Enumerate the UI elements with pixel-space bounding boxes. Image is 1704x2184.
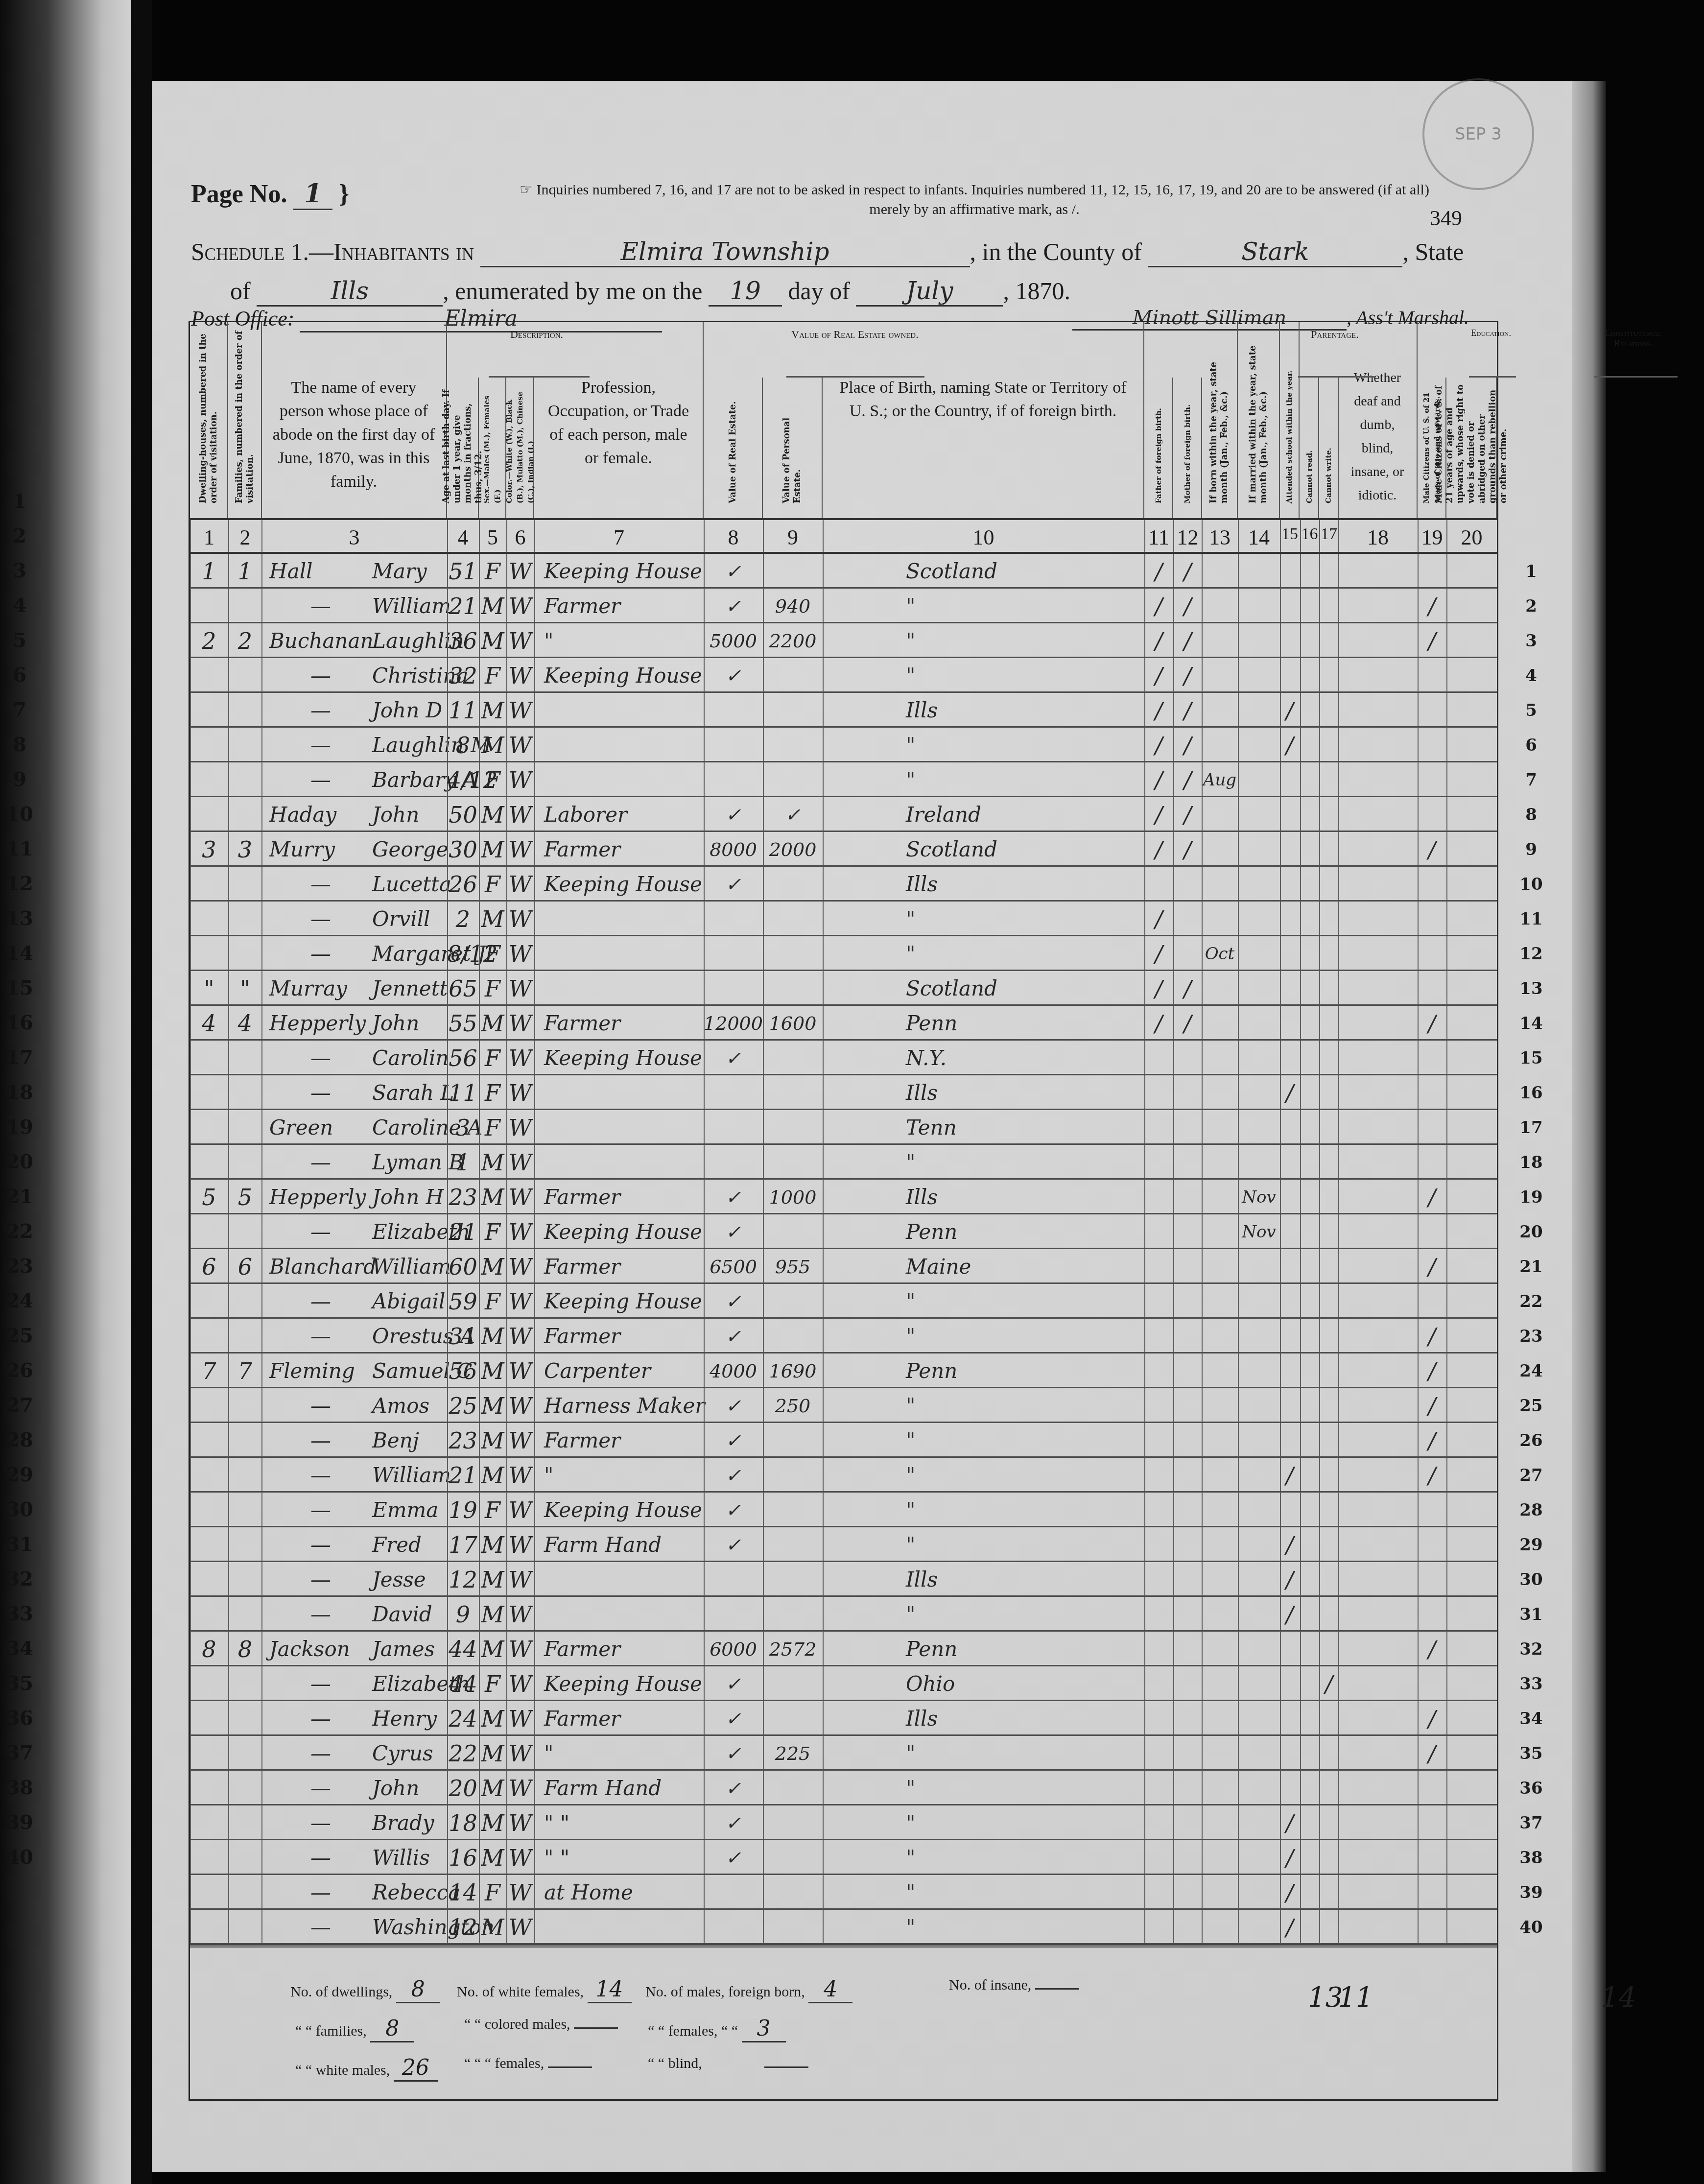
cell-mother-foreign bbox=[1173, 1493, 1202, 1526]
cell-sex: M bbox=[479, 1527, 506, 1561]
column-header-label: Families, numbered in the order of visit… bbox=[234, 327, 256, 503]
cell-color: W bbox=[506, 1771, 534, 1804]
cell-cannot-write bbox=[1319, 902, 1339, 935]
cell-mother-foreign: / bbox=[1173, 693, 1202, 726]
cell-sex: M bbox=[479, 1840, 506, 1874]
cell-born-month bbox=[1202, 1075, 1238, 1109]
cell-real-estate: ✓ bbox=[704, 1319, 763, 1352]
cell-color: W bbox=[506, 1701, 534, 1734]
cell-cannot-write bbox=[1319, 554, 1339, 587]
table-row: —Lyman B1MW"18 bbox=[190, 1145, 1497, 1180]
column-header-label: Value of Personal Estate. bbox=[781, 382, 803, 503]
table-row: —Sarah L11FWIlls/16 bbox=[190, 1075, 1497, 1110]
cell-birthplace: Penn bbox=[823, 1214, 1144, 1248]
cell-sex: F bbox=[479, 1666, 506, 1700]
cell-occupation bbox=[534, 728, 704, 761]
cell-birthplace: " bbox=[823, 1388, 1144, 1422]
page-number: Page No. 1 } bbox=[191, 179, 349, 210]
previous-page-line-number: 3 bbox=[5, 559, 34, 594]
cell-personal-estate bbox=[763, 728, 823, 761]
surname: — bbox=[261, 1145, 372, 1180]
given-name: Sarah L bbox=[372, 1081, 454, 1105]
person-name: —John bbox=[261, 1771, 447, 1804]
cell-married-month bbox=[1238, 832, 1280, 865]
cell-age: 21 bbox=[447, 1214, 479, 1248]
cell-personal-estate: 2200 bbox=[763, 623, 823, 657]
column-number-row: 1234567891011121314151617181920 bbox=[190, 518, 1497, 554]
cell-mother-foreign bbox=[1173, 1145, 1202, 1178]
line-number: 17 bbox=[1512, 1110, 1551, 1145]
cell-occupation bbox=[534, 1562, 704, 1595]
cell-born-month bbox=[1202, 1527, 1238, 1561]
previous-page-line-number: 23 bbox=[5, 1255, 34, 1289]
cell-dwelling: 5 bbox=[190, 1180, 228, 1213]
cell-denied bbox=[1446, 1041, 1497, 1074]
column-header-1: Dwelling-houses, numbered in the order o… bbox=[190, 322, 228, 518]
cell-father-foreign bbox=[1144, 1180, 1173, 1213]
cell-real-estate: ✓ bbox=[704, 658, 763, 691]
cell-mother-foreign: / bbox=[1173, 623, 1202, 657]
cell-deaf bbox=[1338, 1006, 1418, 1039]
cell-married-month bbox=[1238, 1458, 1280, 1491]
person-name: —William bbox=[261, 1458, 447, 1491]
cell-dwelling bbox=[190, 1041, 228, 1074]
cell-deaf bbox=[1338, 1180, 1418, 1213]
cell-married-month: Nov bbox=[1238, 1214, 1280, 1248]
cell-cannot-read bbox=[1300, 1701, 1319, 1734]
cell-cannot-read bbox=[1300, 762, 1319, 796]
cell-born-month bbox=[1202, 1145, 1238, 1178]
cell-sex: M bbox=[479, 832, 506, 865]
person-name: —Orvill bbox=[261, 902, 447, 935]
cell-dwelling bbox=[190, 1075, 228, 1109]
surname: — bbox=[261, 1562, 372, 1597]
cell-cannot-read bbox=[1300, 1632, 1319, 1665]
cell-family bbox=[228, 693, 262, 726]
cell-cannot-write bbox=[1319, 832, 1339, 865]
cell-father-foreign: / bbox=[1144, 902, 1173, 935]
cell-mother-foreign bbox=[1173, 936, 1202, 970]
surname: — bbox=[261, 1701, 372, 1736]
surname: — bbox=[261, 867, 372, 902]
cell-mother-foreign bbox=[1173, 1562, 1202, 1595]
cell-cannot-read bbox=[1300, 1527, 1319, 1561]
cell-citizen: / bbox=[1418, 623, 1446, 657]
previous-page-line-number: 33 bbox=[5, 1602, 34, 1637]
cell-born-month: Aug bbox=[1202, 762, 1238, 796]
cell-born-month bbox=[1202, 1736, 1238, 1769]
cell-school bbox=[1280, 1632, 1300, 1665]
cell-cannot-read bbox=[1300, 832, 1319, 865]
cell-real-estate: ✓ bbox=[704, 1458, 763, 1491]
cell-occupation: Farmer bbox=[534, 589, 704, 622]
given-name: Amos bbox=[372, 1394, 429, 1418]
cell-deaf bbox=[1338, 728, 1418, 761]
table-row: 66BlanchardWilliam60MWFarmer6500955Maine… bbox=[190, 1249, 1497, 1284]
cell-personal-estate bbox=[763, 1875, 823, 1908]
cell-birthplace: Ireland bbox=[823, 797, 1144, 831]
given-name: David bbox=[372, 1602, 432, 1626]
person-name: FlemingSamuel C bbox=[261, 1353, 447, 1387]
cell-birthplace: " bbox=[823, 1805, 1144, 1839]
column-header-16: Cannot read. bbox=[1300, 378, 1319, 518]
cell-real-estate: ✓ bbox=[704, 1180, 763, 1213]
cell-dwelling bbox=[190, 1771, 228, 1804]
cell-denied bbox=[1446, 1527, 1497, 1561]
cell-family: 7 bbox=[228, 1353, 262, 1387]
cell-born-month bbox=[1202, 1493, 1238, 1526]
cell-occupation: " bbox=[534, 623, 704, 657]
previous-page-line-number: 19 bbox=[5, 1116, 34, 1150]
cell-color: W bbox=[506, 1423, 534, 1456]
cell-married-month: Nov bbox=[1238, 1180, 1280, 1213]
column-number: 19 bbox=[1418, 525, 1446, 550]
column-number: 5 bbox=[479, 525, 506, 550]
cell-age: 21 bbox=[447, 1458, 479, 1491]
cell-occupation bbox=[534, 902, 704, 935]
previous-page-line-numbers: 1234567891011121314151617181920212223242… bbox=[5, 490, 34, 1880]
previous-page-line-number: 32 bbox=[5, 1567, 34, 1602]
line-number: 30 bbox=[1512, 1562, 1551, 1597]
cell-citizen: / bbox=[1418, 1736, 1446, 1769]
cell-age: 18 bbox=[447, 1805, 479, 1839]
cell-mother-foreign: / bbox=[1173, 589, 1202, 622]
person-name: GreenCaroline A bbox=[261, 1110, 447, 1143]
column-header-17: Cannot write. bbox=[1319, 378, 1339, 518]
line-number: 14 bbox=[1512, 1006, 1551, 1041]
cell-birthplace: Scotland bbox=[823, 832, 1144, 865]
table-row: —Cyrus22MW"✓225"/35 bbox=[190, 1736, 1497, 1771]
cell-denied bbox=[1446, 1214, 1497, 1248]
line-number: 31 bbox=[1512, 1597, 1551, 1632]
cell-mother-foreign bbox=[1173, 1353, 1202, 1387]
cell-born-month bbox=[1202, 1180, 1238, 1213]
cell-school bbox=[1280, 902, 1300, 935]
cell-dwelling bbox=[190, 1423, 228, 1456]
cell-married-month bbox=[1238, 1910, 1280, 1943]
column-header-label: Male Citizens of U. S. of 21 years of ag… bbox=[1434, 382, 1509, 503]
cell-real-estate: ✓ bbox=[704, 1284, 763, 1317]
previous-page-strip: 1234567891011121314151617181920212223242… bbox=[0, 0, 137, 2184]
cell-color: W bbox=[506, 1562, 534, 1595]
cell-sex: M bbox=[479, 1353, 506, 1387]
cell-mother-foreign bbox=[1173, 1249, 1202, 1282]
cell-deaf bbox=[1338, 1771, 1418, 1804]
column-header-2: Families, numbered in the order of visit… bbox=[228, 322, 262, 518]
cell-married-month bbox=[1238, 1875, 1280, 1908]
cell-occupation bbox=[534, 693, 704, 726]
surname: — bbox=[261, 1805, 372, 1841]
cell-denied bbox=[1446, 971, 1497, 1004]
cell-denied bbox=[1446, 1110, 1497, 1143]
line-number: 2 bbox=[1512, 589, 1551, 624]
person-name: —Christina bbox=[261, 658, 447, 691]
cell-dwelling bbox=[190, 1284, 228, 1317]
table-row: 77FlemingSamuel C56MWCarpenter40001690Pe… bbox=[190, 1353, 1497, 1388]
cell-deaf bbox=[1338, 1110, 1418, 1143]
cell-dwelling bbox=[190, 1562, 228, 1595]
given-name: Orvill bbox=[372, 907, 430, 931]
cell-occupation bbox=[534, 1145, 704, 1178]
cell-sex: M bbox=[479, 1458, 506, 1491]
person-name: JacksonJames bbox=[261, 1632, 447, 1665]
cell-family bbox=[228, 1910, 262, 1943]
cell-cannot-write bbox=[1319, 1771, 1339, 1804]
cell-personal-estate bbox=[763, 693, 823, 726]
cell-real-estate: 4000 bbox=[704, 1353, 763, 1387]
cell-father-foreign: / bbox=[1144, 728, 1173, 761]
cell-married-month bbox=[1238, 1423, 1280, 1456]
summary-families-value: 8 bbox=[370, 2016, 414, 2042]
cell-color: W bbox=[506, 1075, 534, 1109]
cell-school bbox=[1280, 867, 1300, 900]
cell-cannot-read bbox=[1300, 1910, 1319, 1943]
cell-married-month bbox=[1238, 1562, 1280, 1595]
cell-sex: F bbox=[479, 1284, 506, 1317]
previous-page-line-number: 12 bbox=[5, 872, 34, 907]
cell-personal-estate bbox=[763, 1423, 823, 1456]
cell-cannot-read bbox=[1300, 902, 1319, 935]
table-row: —Elizabeth21FWKeeping House✓PennNov20 bbox=[190, 1214, 1497, 1249]
enumeration-line: of Ills, enumerated by me on the 19 day … bbox=[230, 277, 1070, 307]
cell-real-estate bbox=[704, 1910, 763, 1943]
cell-cannot-write bbox=[1319, 1597, 1339, 1630]
cell-citizen bbox=[1418, 797, 1446, 831]
cell-sex: M bbox=[479, 1388, 506, 1422]
person-name: —Laughlin M bbox=[261, 728, 447, 761]
surname: Hepperly bbox=[261, 1180, 372, 1215]
person-name: —Lyman B bbox=[261, 1145, 447, 1178]
line-number: 4 bbox=[1512, 658, 1551, 693]
tally-mother-foreign: 11 bbox=[1338, 1982, 1373, 2014]
cell-age: 9 bbox=[447, 1597, 479, 1630]
cell-birthplace: Ills bbox=[823, 1701, 1144, 1734]
cell-school: / bbox=[1280, 728, 1300, 761]
cell-sex: F bbox=[479, 1875, 506, 1908]
table-row: —Amos25MWHarness Maker✓250"/25 bbox=[190, 1388, 1497, 1423]
cell-born-month bbox=[1202, 1632, 1238, 1665]
previous-page-line-number: 8 bbox=[5, 733, 34, 768]
cell-family bbox=[228, 936, 262, 970]
cell-school: / bbox=[1280, 1527, 1300, 1561]
cell-birthplace: " bbox=[823, 1771, 1144, 1804]
census-table: Dwelling-houses, numbered in the order o… bbox=[189, 321, 1498, 2101]
cell-age: 65 bbox=[447, 971, 479, 1004]
cell-real-estate: 5000 bbox=[704, 623, 763, 657]
column-header-label: Place of Birth, naming State or Territor… bbox=[823, 376, 1143, 423]
cell-citizen: / bbox=[1418, 1388, 1446, 1422]
cell-sex: M bbox=[479, 1632, 506, 1665]
cell-cannot-write bbox=[1319, 867, 1339, 900]
table-row: —Abigail59FWKeeping House✓"22 bbox=[190, 1284, 1497, 1319]
cell-deaf bbox=[1338, 1562, 1418, 1595]
cell-deaf bbox=[1338, 623, 1418, 657]
column-header-6: Color.—White (W.), Black (B.), Mulatto (… bbox=[506, 378, 534, 518]
cell-school bbox=[1280, 1388, 1300, 1422]
table-row: 44HepperlyJohn55MWFarmer120001600Penn///… bbox=[190, 1006, 1497, 1041]
cell-cannot-write bbox=[1319, 693, 1339, 726]
cell-dwelling bbox=[190, 1145, 228, 1178]
cell-family: 5 bbox=[228, 1180, 262, 1213]
cell-dwelling bbox=[190, 1597, 228, 1630]
cell-mother-foreign: / bbox=[1173, 658, 1202, 691]
column-number: 11 bbox=[1144, 525, 1173, 550]
cell-school bbox=[1280, 797, 1300, 831]
cell-sex: M bbox=[479, 1180, 506, 1213]
cell-age: 19 bbox=[447, 1493, 479, 1526]
cell-sex: F bbox=[479, 971, 506, 1004]
cell-dwelling: 7 bbox=[190, 1353, 228, 1387]
cell-personal-estate bbox=[763, 1041, 823, 1074]
cell-denied bbox=[1446, 762, 1497, 796]
cell-occupation: Farm Hand bbox=[534, 1527, 704, 1561]
cell-dwelling bbox=[190, 693, 228, 726]
previous-page-line-number: 10 bbox=[5, 803, 34, 837]
cell-married-month bbox=[1238, 1006, 1280, 1039]
cell-mother-foreign bbox=[1173, 1041, 1202, 1074]
cell-age: 23 bbox=[447, 1423, 479, 1456]
surname: Blanchard bbox=[261, 1249, 372, 1284]
column-header-label: Attended school within the year. bbox=[1284, 327, 1295, 503]
cell-sex: M bbox=[479, 1771, 506, 1804]
cell-color: W bbox=[506, 1041, 534, 1074]
cell-sex: M bbox=[479, 1597, 506, 1630]
cell-deaf bbox=[1338, 1527, 1418, 1561]
cell-color: W bbox=[506, 1527, 534, 1561]
surname: — bbox=[261, 1075, 372, 1111]
cell-sex: M bbox=[479, 589, 506, 622]
cell-family bbox=[228, 1041, 262, 1074]
cell-born-month bbox=[1202, 1214, 1238, 1248]
cell-occupation bbox=[534, 1075, 704, 1109]
cell-mother-foreign bbox=[1173, 1388, 1202, 1422]
cell-citizen bbox=[1418, 693, 1446, 726]
cell-occupation: Farmer bbox=[534, 1423, 704, 1456]
cell-personal-estate bbox=[763, 1527, 823, 1561]
cell-sex: F bbox=[479, 658, 506, 691]
column-header-label: Sex.—Males (M.), Females (F.) bbox=[481, 382, 503, 503]
cell-deaf bbox=[1338, 1840, 1418, 1874]
cell-cannot-read bbox=[1300, 1284, 1319, 1317]
cell-deaf bbox=[1338, 1910, 1418, 1943]
cell-real-estate bbox=[704, 1110, 763, 1143]
surname: — bbox=[261, 1214, 372, 1250]
cell-father-foreign: / bbox=[1144, 797, 1173, 831]
cell-personal-estate bbox=[763, 762, 823, 796]
cell-family bbox=[228, 797, 262, 831]
cell-mother-foreign bbox=[1173, 902, 1202, 935]
cell-cannot-read bbox=[1300, 1180, 1319, 1213]
summary-males-foreign: No. of males, foreign born, 4 bbox=[645, 1977, 852, 2003]
cell-personal-estate bbox=[763, 1458, 823, 1491]
cell-born-month bbox=[1202, 1110, 1238, 1143]
line-number: 39 bbox=[1512, 1875, 1551, 1910]
cell-occupation: Carpenter bbox=[534, 1353, 704, 1387]
cell-age: 2 bbox=[447, 902, 479, 935]
cell-cannot-read bbox=[1300, 1840, 1319, 1874]
cell-father-foreign bbox=[1144, 1840, 1173, 1874]
cell-citizen bbox=[1418, 1562, 1446, 1595]
cell-age: 12 bbox=[447, 1562, 479, 1595]
cell-family bbox=[228, 1388, 262, 1422]
cell-color: W bbox=[506, 1840, 534, 1874]
cell-birthplace: " bbox=[823, 1319, 1144, 1352]
cell-sex: M bbox=[479, 1319, 506, 1352]
cell-color: W bbox=[506, 1910, 534, 1943]
cell-color: W bbox=[506, 797, 534, 831]
line-number: 28 bbox=[1512, 1493, 1551, 1528]
cell-father-foreign bbox=[1144, 1771, 1173, 1804]
cell-cannot-write bbox=[1319, 1527, 1339, 1561]
state-label: State bbox=[1415, 238, 1464, 265]
cell-family: " bbox=[228, 971, 262, 1004]
cell-color: W bbox=[506, 1597, 534, 1630]
column-header-label: Dwelling-houses, numbered in the order o… bbox=[198, 327, 219, 503]
cell-age: 55 bbox=[447, 1006, 479, 1039]
cell-married-month bbox=[1238, 1493, 1280, 1526]
cell-birthplace: Penn bbox=[823, 1006, 1144, 1039]
cell-family bbox=[228, 728, 262, 761]
cell-school bbox=[1280, 589, 1300, 622]
cell-married-month bbox=[1238, 1110, 1280, 1143]
line-number: 15 bbox=[1512, 1041, 1551, 1076]
cell-father-foreign bbox=[1144, 1075, 1173, 1109]
cell-dwelling bbox=[190, 1875, 228, 1908]
cell-color: W bbox=[506, 902, 534, 935]
cell-citizen bbox=[1418, 1493, 1446, 1526]
summary-families: “ “ families, 8 bbox=[295, 2016, 414, 2042]
column-header-label: Father of foreign birth. bbox=[1153, 382, 1164, 503]
previous-page-line-number: 4 bbox=[5, 594, 34, 629]
cell-cannot-write bbox=[1319, 658, 1339, 691]
cell-birthplace: Scotland bbox=[823, 554, 1144, 587]
cell-dwelling bbox=[190, 658, 228, 691]
cell-school bbox=[1280, 1423, 1300, 1456]
cell-sex: F bbox=[479, 1493, 506, 1526]
previous-page-line-number: 7 bbox=[5, 698, 34, 733]
table-row: —John D11MWIlls///5 bbox=[190, 693, 1497, 728]
table-row: —Washington12MW"/40 bbox=[190, 1910, 1497, 1945]
cell-citizen bbox=[1418, 658, 1446, 691]
column-header-label: If born within the year, state month (Ja… bbox=[1208, 327, 1230, 503]
cell-personal-estate: 1600 bbox=[763, 1006, 823, 1039]
cell-personal-estate bbox=[763, 1597, 823, 1630]
cell-denied bbox=[1446, 693, 1497, 726]
column-number: 10 bbox=[823, 525, 1144, 550]
cell-deaf bbox=[1338, 693, 1418, 726]
cell-father-foreign bbox=[1144, 1666, 1173, 1700]
summary-colored-females: “ “ “ females, bbox=[464, 2055, 592, 2072]
person-name: —Elizabeth bbox=[261, 1214, 447, 1248]
cell-citizen: / bbox=[1418, 589, 1446, 622]
cell-mother-foreign bbox=[1173, 1701, 1202, 1734]
given-name: Cyrus bbox=[372, 1741, 433, 1765]
cell-married-month bbox=[1238, 971, 1280, 1004]
cell-real-estate bbox=[704, 936, 763, 970]
cell-family bbox=[228, 902, 262, 935]
line-number: 22 bbox=[1512, 1284, 1551, 1319]
cell-father-foreign bbox=[1144, 1041, 1173, 1074]
cell-family bbox=[228, 1458, 262, 1491]
cell-deaf bbox=[1338, 1597, 1418, 1630]
summary-colored-males: “ “ colored males, bbox=[464, 2016, 618, 2033]
inquiries-note-line1: ☞ Inquiries numbered 7, 16, and 17 are n… bbox=[441, 180, 1508, 200]
month-field: July bbox=[856, 277, 1003, 307]
person-name: —John D bbox=[261, 693, 447, 726]
cell-deaf bbox=[1338, 902, 1418, 935]
line-number: 7 bbox=[1512, 762, 1551, 798]
cell-sex: M bbox=[479, 1006, 506, 1039]
